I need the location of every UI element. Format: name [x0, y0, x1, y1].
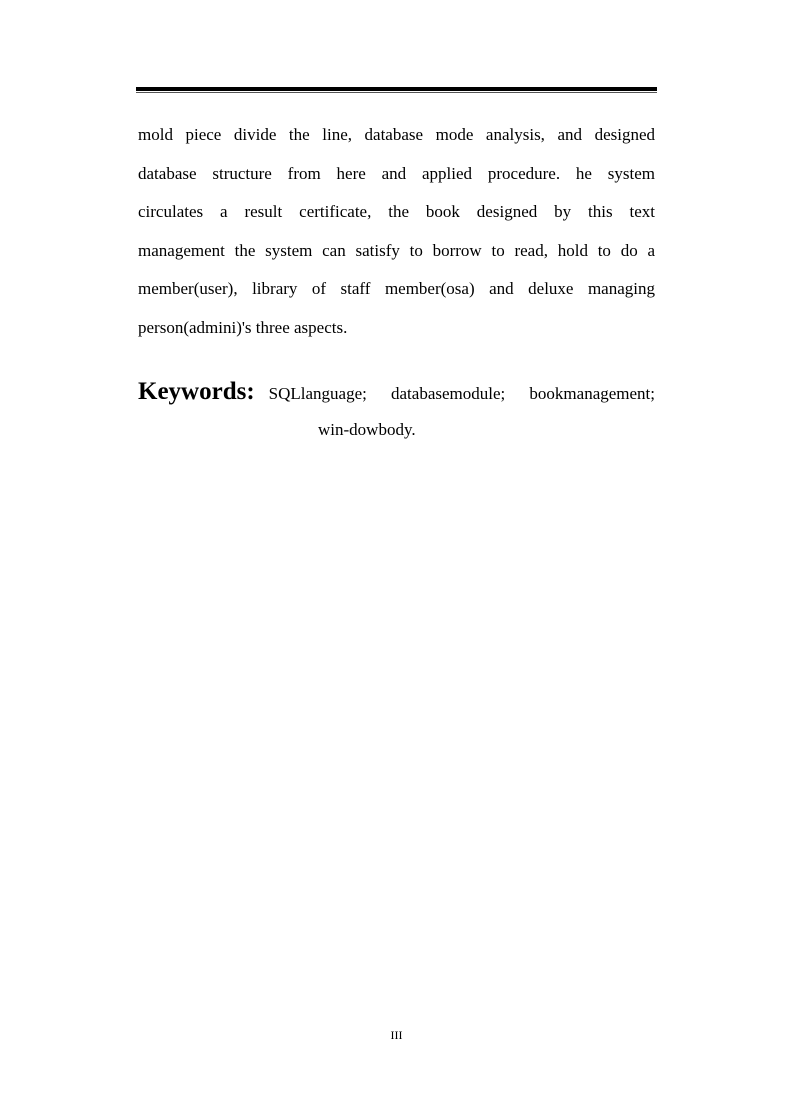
abstract-line: mold piece divide the line, database mod… — [138, 116, 655, 155]
abstract-line: circulates a result certificate, the boo… — [138, 193, 655, 232]
keyword-item: SQLlanguage; — [269, 384, 367, 404]
keywords-section: Keywords: SQLlanguage; databasemodule; b… — [138, 378, 655, 440]
abstract-paragraph: mold piece divide the line, database mod… — [138, 116, 655, 347]
keywords-list: SQLlanguage; databasemodule; bookmanagem… — [269, 384, 655, 404]
abstract-line: person(admini)'s three aspects. — [138, 309, 655, 348]
page-number: III — [0, 1028, 793, 1043]
header-rule-thick — [136, 87, 657, 91]
keyword-item: bookmanagement; — [529, 384, 655, 404]
keywords-label: Keywords: — [138, 378, 255, 406]
header-rule-thin — [136, 92, 657, 93]
abstract-line: database structure from here and applied… — [138, 155, 655, 194]
keyword-item: databasemodule; — [391, 384, 505, 404]
keyword-continuation: win-dowbody. — [318, 420, 655, 440]
abstract-line: member(user), library of staff member(os… — [138, 270, 655, 309]
abstract-line: management the system can satisfy to bor… — [138, 232, 655, 271]
keywords-row: Keywords: SQLlanguage; databasemodule; b… — [138, 378, 655, 406]
